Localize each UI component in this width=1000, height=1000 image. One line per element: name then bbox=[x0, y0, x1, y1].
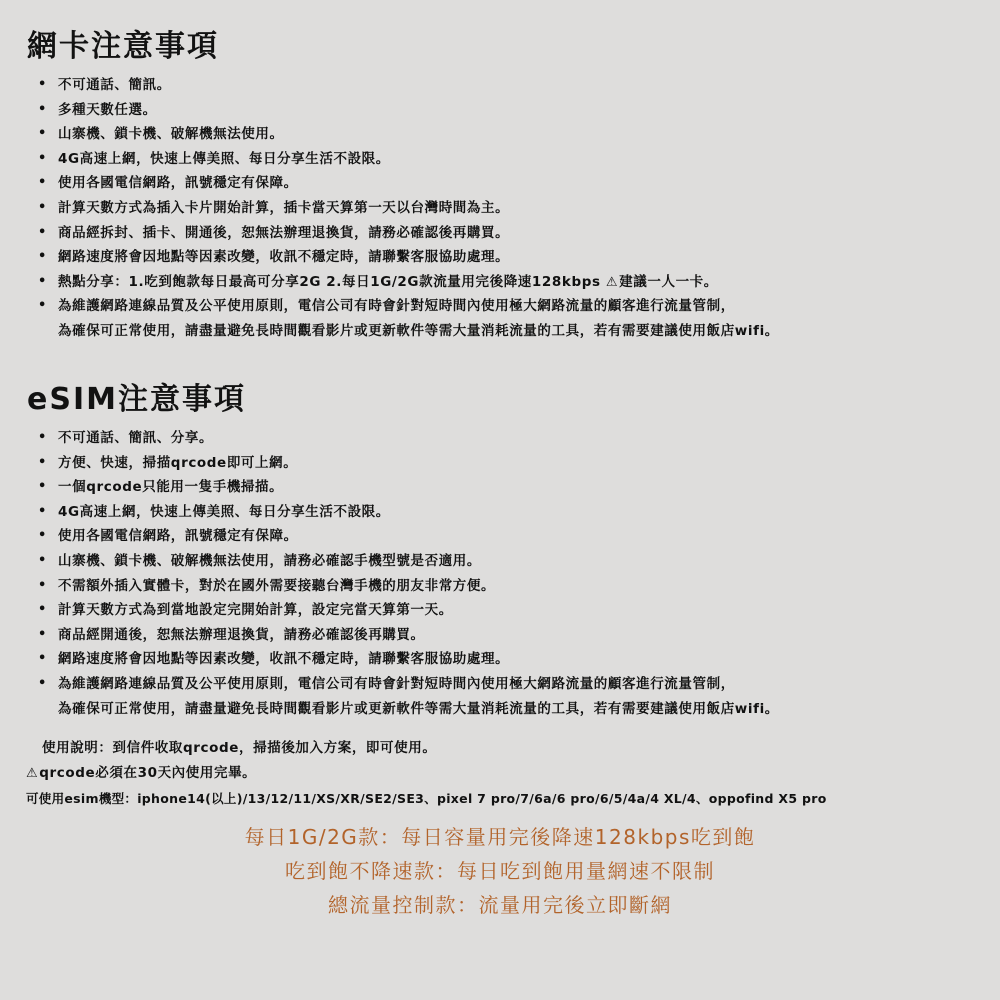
bullet-icon: • bbox=[38, 196, 47, 221]
bullet-icon: • bbox=[38, 147, 47, 172]
list-item: •4G高速上網，快速上傳美照、每日分享生活不設限。 bbox=[38, 147, 779, 172]
warning-icon: ⚠ bbox=[606, 271, 618, 296]
bullet-icon: • bbox=[38, 549, 47, 574]
list-item: •山寨機、鎖卡機、破解機無法使用，請務必確認手機型號是否適用。 bbox=[38, 549, 779, 574]
sim-card-notice-title: 網卡注意事項 bbox=[27, 29, 219, 65]
hotspot-sharing-item: •熱點分享：1.吃到飽款每日最高可分享2G 2.每日1G/2G款流量用完後降速1… bbox=[38, 270, 779, 295]
list-item: •網路速度將會因地點等因素改變，收訊不穩定時，請聯繫客服協助處理。 bbox=[38, 647, 779, 672]
bullet-icon: • bbox=[38, 245, 47, 270]
list-item: •山寨機、鎖卡機、破解機無法使用。 bbox=[38, 122, 779, 147]
bullet-icon: • bbox=[38, 500, 47, 525]
bullet-icon: • bbox=[38, 475, 47, 500]
plan-total-quota: 總流量控制款：流量用完後立即斷網 bbox=[0, 888, 1000, 922]
list-item: •計算天數方式為到當地設定完開始計算，設定完當天算第一天。 bbox=[38, 598, 779, 623]
list-item: •不需額外插入實體卡，對於在國外需要接聽台灣手機的朋友非常方便。 bbox=[38, 574, 779, 599]
bullet-icon: • bbox=[38, 647, 47, 672]
fair-use-item: • 為維護網路連線品質及公平使用原則，電信公司有時會針對短時間內使用極大網路流量… bbox=[38, 672, 779, 721]
bullet-icon: • bbox=[38, 598, 47, 623]
sim-card-notice-list: •不可通話、簡訊。 •多種天數任選。 •山寨機、鎖卡機、破解機無法使用。 •4G… bbox=[38, 73, 779, 344]
fair-use-line-1: 為維護網路連線品質及公平使用原則，電信公司有時會針對短時間內使用極大網路流量的顧… bbox=[58, 294, 779, 319]
bullet-icon: • bbox=[38, 171, 47, 196]
list-item: •使用各國電信網路，訊號穩定有保障。 bbox=[38, 171, 779, 196]
fair-use-line-2: 為確保可正常使用，請盡量避免長時間觀看影片或更新軟件等需大量消耗流量的工具，若有… bbox=[58, 697, 779, 722]
list-item: •多種天數任選。 bbox=[38, 98, 779, 123]
bullet-icon: • bbox=[38, 426, 47, 451]
list-item: •方便、快速，掃描qrcode即可上網。 bbox=[38, 451, 779, 476]
list-item: •使用各國電信網路，訊號穩定有保障。 bbox=[38, 524, 779, 549]
plan-unlimited: 吃到飽不降速款：每日吃到飽用量網速不限制 bbox=[0, 854, 1000, 888]
list-item: •4G高速上網，快速上傳美照、每日分享生活不設限。 bbox=[38, 500, 779, 525]
bullet-icon: • bbox=[38, 98, 47, 123]
fair-use-line-2: 為確保可正常使用，請盡量避免長時間觀看影片或更新軟件等需大量消耗流量的工具，若有… bbox=[58, 319, 779, 344]
bullet-icon: • bbox=[38, 294, 47, 319]
bullet-icon: • bbox=[38, 524, 47, 549]
list-item: •商品經開通後，恕無法辦理退換貨，請務必確認後再購買。 bbox=[38, 623, 779, 648]
bullet-icon: • bbox=[38, 122, 47, 147]
list-item: •商品經拆封、插卡、開通後，恕無法辦理退換貨，請務必確認後再購買。 bbox=[38, 221, 779, 246]
fair-use-item: • 為維護網路連線品質及公平使用原則，電信公司有時會針對短時間內使用極大網路流量… bbox=[38, 294, 779, 343]
plan-daily-quota: 每日1G/2G款：每日容量用完後降速128kbps吃到飽 bbox=[0, 820, 1000, 854]
warning-icon: ⚠ bbox=[26, 762, 38, 786]
bullet-icon: • bbox=[38, 574, 47, 599]
esim-notice-title: eSIM注意事項 bbox=[27, 382, 246, 418]
list-item: •不可通話、簡訊。 bbox=[38, 73, 779, 98]
list-item: •計算天數方式為插入卡片開始計算，插卡當天算第一天以台灣時間為主。 bbox=[38, 196, 779, 221]
fair-use-line-1: 為維護網路連線品質及公平使用原則，電信公司有時會針對短時間內使用極大網路流量的顧… bbox=[58, 672, 779, 697]
usage-instructions: 使用說明：到信件收取qrcode，掃描後加入方案，即可使用。 bbox=[42, 736, 436, 760]
esim-notice-list: •不可通話、簡訊、分享。 •方便、快速，掃描qrcode即可上網。 •一個qrc… bbox=[38, 426, 779, 721]
qrcode-expiry-note: ⚠qrcode必須在30天內使用完畢。 bbox=[26, 761, 256, 786]
bullet-icon: • bbox=[38, 451, 47, 476]
bullet-icon: • bbox=[38, 73, 47, 98]
list-item: •不可通話、簡訊、分享。 bbox=[38, 426, 779, 451]
bullet-icon: • bbox=[38, 221, 47, 246]
bullet-icon: • bbox=[38, 672, 47, 697]
list-item: •網路速度將會因地點等因素改變，收訊不穩定時，請聯繫客服協助處理。 bbox=[38, 245, 779, 270]
compatible-models: 可使用esim機型：iphone14(以上)/13/12/11/XS/XR/SE… bbox=[26, 787, 827, 811]
bullet-icon: • bbox=[38, 270, 47, 295]
bullet-icon: • bbox=[38, 623, 47, 648]
list-item: •一個qrcode只能用一隻手機掃描。 bbox=[38, 475, 779, 500]
plan-descriptions: 每日1G/2G款：每日容量用完後降速128kbps吃到飽 吃到飽不降速款：每日吃… bbox=[0, 820, 1000, 922]
